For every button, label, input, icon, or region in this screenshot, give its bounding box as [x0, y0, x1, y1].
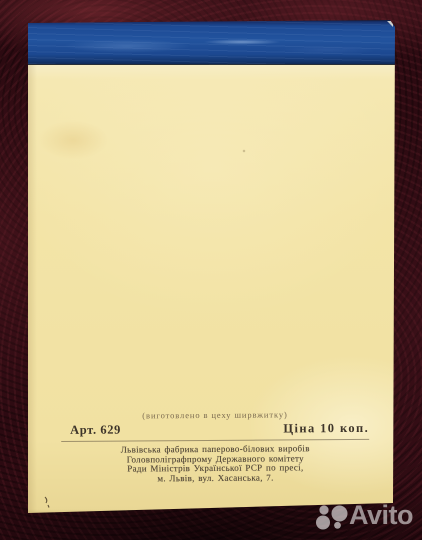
article-price-row: Арт. 629 Ціна 10 коп. — [61, 421, 369, 438]
article-number: Арт. 629 — [70, 423, 121, 438]
price-label: Ціна 10 коп. — [283, 421, 369, 437]
binding-strip — [27, 20, 397, 65]
photo-background: (виготовлено в цеху ширвжитку) Арт. 629 … — [0, 0, 422, 540]
imprint-block: (виготовлено в цеху ширвжитку) Арт. 629 … — [61, 409, 370, 485]
notepad-back-cover: (виготовлено в цеху ширвжитку) Арт. 629 … — [27, 20, 397, 514]
made-in-line: (виготовлено в цеху ширвжитку) — [61, 409, 369, 421]
avito-wordmark: Avito — [349, 498, 413, 532]
divider-rule — [61, 439, 369, 442]
publisher-line: м. Львів, вул. Хасанська, 7. — [61, 473, 369, 485]
scratch-mark — [41, 496, 57, 510]
avito-watermark: Avito — [308, 499, 422, 533]
publisher-lines: Львівська фабрика паперово-білових вироб… — [61, 444, 369, 485]
avito-dots-icon — [308, 500, 348, 532]
